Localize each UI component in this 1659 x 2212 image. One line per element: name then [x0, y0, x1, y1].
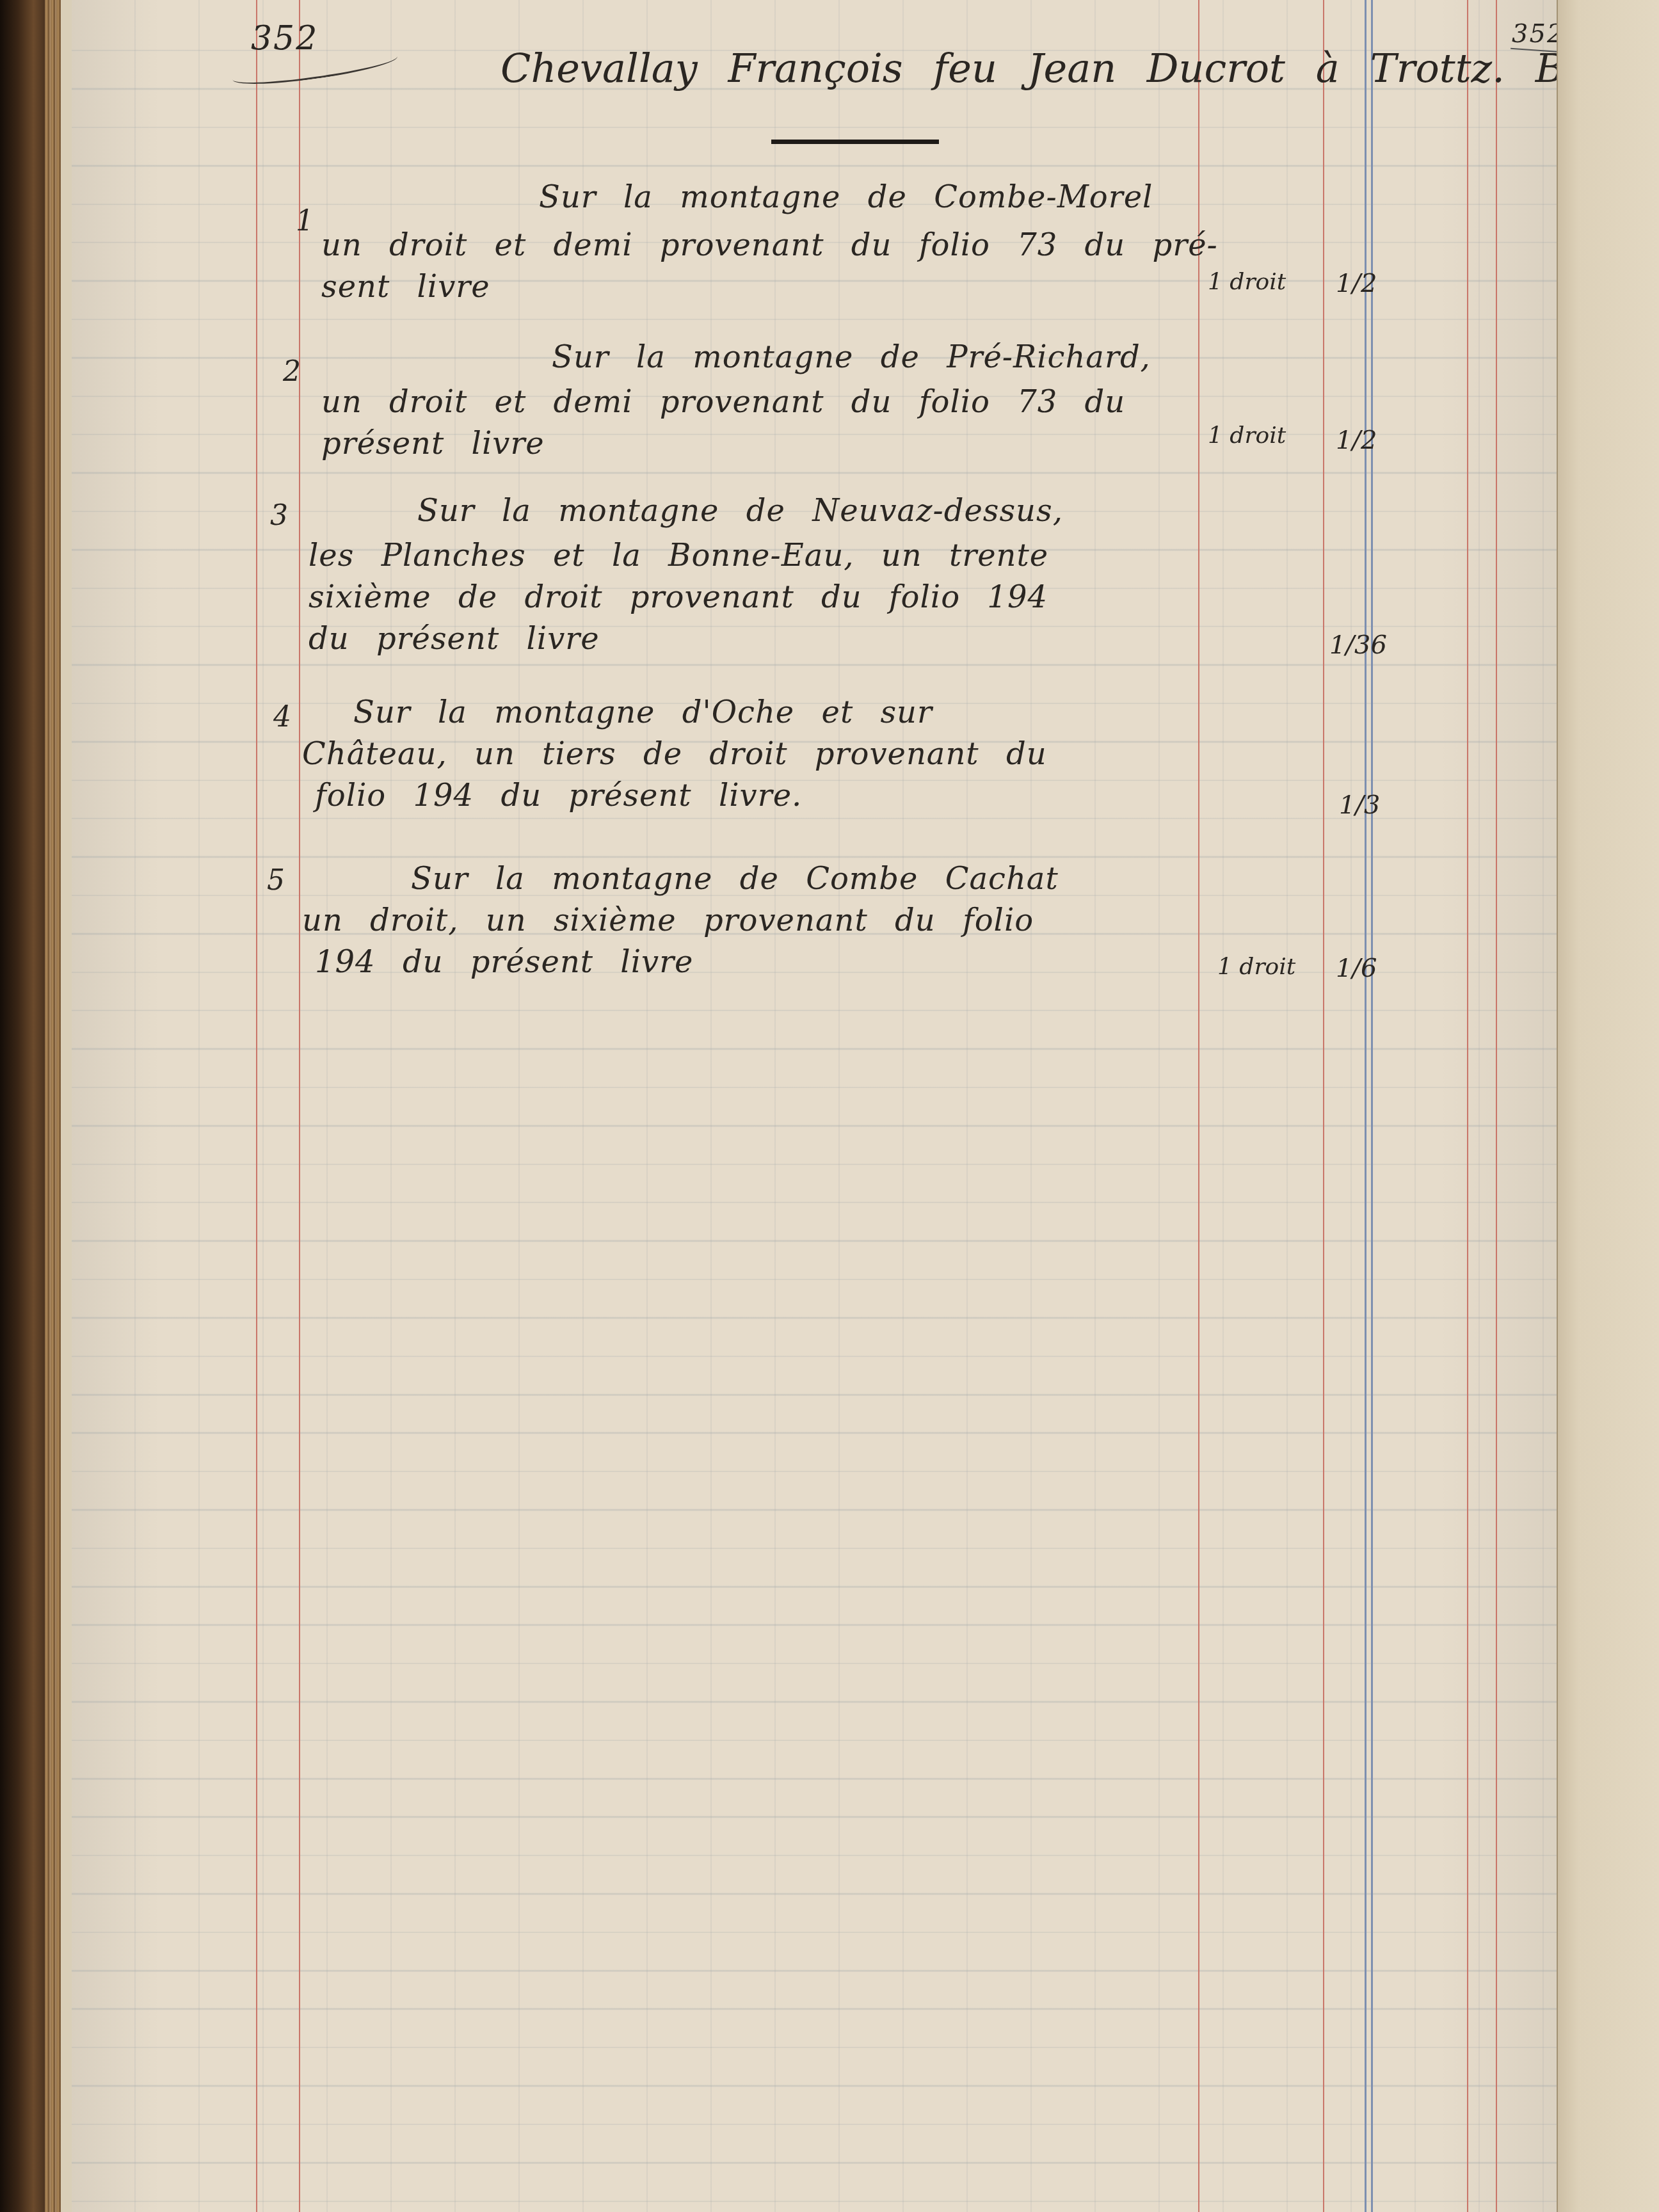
- entry-number: 1: [296, 205, 314, 237]
- facing-page-edge: [1557, 0, 1659, 2212]
- entry-line: présent livre: [321, 426, 545, 461]
- fraction-value: 1/36: [1329, 630, 1387, 660]
- total-rule-blue-2: [1371, 0, 1373, 2212]
- entry-number: 2: [283, 355, 301, 388]
- entry-number: 3: [270, 499, 288, 532]
- rights-column-rule: [1198, 0, 1199, 2212]
- entry-line: sent livre: [321, 269, 490, 305]
- entry-line: un droit et demi provenant du folio 73 d…: [321, 227, 1218, 263]
- entry-line: un droit et demi provenant du folio 73 d…: [321, 384, 1125, 420]
- entry-line: Sur la montagne de Pré-Richard,: [552, 339, 1151, 375]
- entry-line: Sur la montagne de Combe Cachat: [411, 861, 1059, 897]
- entry-line: sixième de droit provenant du folio 194: [309, 579, 1048, 615]
- total-rule-blue-1: [1365, 0, 1366, 2212]
- fraction-value: 1/3: [1339, 790, 1380, 820]
- entry-line: Sur la montagne de Neuvaz-dessus,: [417, 493, 1063, 529]
- title-underline: [771, 140, 939, 144]
- entry-line: les Planches et la Bonne-Eau, un trente: [309, 538, 1048, 573]
- margin-rule-outer: [256, 0, 257, 2212]
- book-binding: [0, 0, 45, 2212]
- rights-value: 1 droit: [1217, 954, 1295, 980]
- folio-number-left: 352: [251, 19, 318, 58]
- entry-number: 5: [267, 864, 285, 897]
- fraction-value: 1/6: [1336, 954, 1377, 983]
- entry-line: 194 du présent livre: [315, 944, 694, 980]
- fraction-value: 1/2: [1336, 269, 1377, 298]
- entry-line: du présent livre: [309, 621, 600, 657]
- vertical-grid-lines: [72, 0, 1557, 2212]
- entry-line: folio 194 du présent livre.: [315, 778, 802, 813]
- right-column-rule-2: [1496, 0, 1497, 2212]
- entry-line: un droit, un sixième provenant du folio: [302, 902, 1034, 938]
- fraction-column-rule: [1323, 0, 1324, 2212]
- entry-line: Sur la montagne de Combe-Morel: [539, 179, 1153, 215]
- rights-value: 1 droit: [1208, 269, 1286, 295]
- entry-number: 4: [273, 701, 291, 733]
- page-title: Chevallay François feu Jean Ducrot à Tro…: [501, 45, 1557, 92]
- right-column-rule-1: [1467, 0, 1468, 2212]
- ledger-page: 352 352 Chevallay François feu Jean Ducr…: [72, 0, 1557, 2212]
- margin-rule-inner: [299, 0, 300, 2212]
- rights-value: 1 droit: [1208, 422, 1286, 449]
- entry-line: Sur la montagne d'Oche et sur: [353, 694, 933, 730]
- entry-line: Château, un tiers de droit provenant du: [302, 736, 1047, 772]
- fraction-value: 1/2: [1336, 426, 1377, 455]
